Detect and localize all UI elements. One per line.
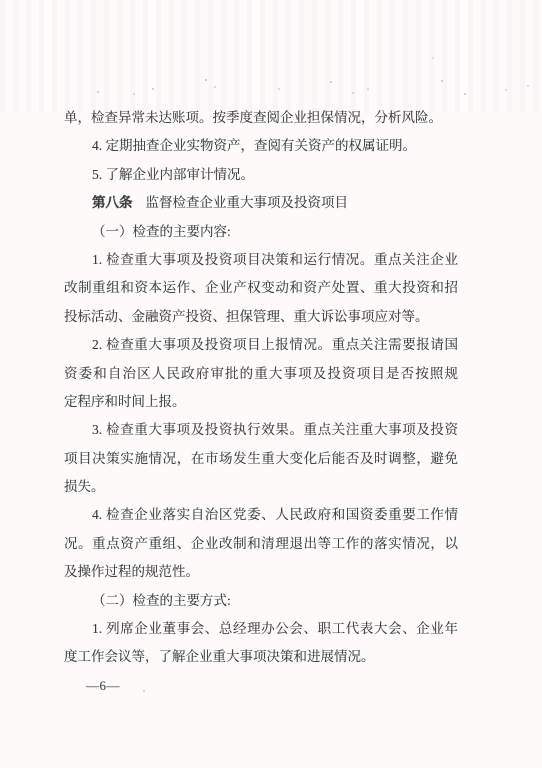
line-text: （一）检查的主要内容: [92,224,231,239]
line-text: 1. 列席企业董事会、总经理办公会、职工代表大会、企业年 [92,621,458,636]
text-line: 2. 检查重大事项及投资项目上报情况。重点关注需要报请国 [64,331,458,359]
line-text: 资委和自治区人民政府审批的重大事项及投资项目是否按照规 [64,366,458,381]
line-text: 3. 检查重大事项及投资执行效果。重点关注重大事项及投资 [92,422,458,437]
text-line: 况。重点资产重组、企业改制和清理退出等工作的落实情况，以 [64,530,458,558]
line-text: 度工作会议等，了解企业重大事项决策和进展情况。 [64,649,375,664]
text-line: 投标活动、金融资产投资、担保管理、重大诉讼事项应对等。 [64,303,458,331]
scanned-document-page: 单，检查异常未达账项。按季度查阅企业担保情况，分析风险。4. 定期抽查企业实物资… [0,0,542,768]
scan-artifact-banding [0,0,542,112]
line-text: 况。重点资产重组、企业改制和清理退出等工作的落实情况，以 [64,536,458,551]
line-text: 2. 检查重大事项及投资项目上报情况。重点关注需要报请国 [92,337,458,352]
line-text: 4. 定期抽查企业实物资产，查阅有关资产的权属证明。 [92,138,416,153]
text-line: （二）检查的主要方式: [64,587,458,615]
text-line: 改制重组和资本运作、企业产权变动和资产处置、重大投资和招 [64,274,458,302]
text-line: 3. 检查重大事项及投资执行效果。重点关注重大事项及投资 [64,416,458,444]
line-text: 4. 检查企业落实自治区党委、人民政府和国资委重要工作情 [92,507,458,522]
text-line: 及操作过程的规范性。 [64,558,458,586]
text-line: 资委和自治区人民政府审批的重大事项及投资项目是否按照规 [64,360,458,388]
line-text: 单，检查异常未达账项。按季度查阅企业担保情况，分析风险。 [64,110,442,125]
text-line: 度工作会议等，了解企业重大事项决策和进展情况。 [64,643,458,671]
line-text: 项目决策实施情况，在市场发生重大变化后能否及时调整，避免 [64,451,458,466]
line-text: 投标活动、金融资产投资、担保管理、重大诉讼事项应对等。 [64,309,429,324]
text-line: 1. 检查重大事项及投资项目决策和运行情况。重点关注企业 [64,246,458,274]
text-line: 4. 检查企业落实自治区党委、人民政府和国资委重要工作情 [64,501,458,529]
line-text: 监督检查企业重大事项及投资项目 [146,195,349,210]
line-text: 损失。 [64,479,105,494]
text-line: 单，检查异常未达账项。按季度查阅企业担保情况，分析风险。 [64,104,458,132]
line-text: 定程序和时间上报。 [64,394,186,409]
text-line: 定程序和时间上报。 [64,388,458,416]
line-text: 1. 检查重大事项及投资项目决策和运行情况。重点关注企业 [92,252,458,267]
page-number: —6— [86,678,120,694]
text-line: 4. 定期抽查企业实物资产，查阅有关资产的权属证明。 [64,132,458,160]
line-text: （二）检查的主要方式: [92,593,231,608]
scan-noise-speckles [0,0,2,2]
line-text: 5. 了解企业内部审计情况。 [92,167,254,182]
text-line: 5. 了解企业内部审计情况。 [64,161,458,189]
text-line: 项目决策实施情况，在市场发生重大变化后能否及时调整，避免 [64,445,458,473]
text-line: 损失。 [64,473,458,501]
line-text: 改制重组和资本运作、企业产权变动和资产处置、重大投资和招 [64,280,458,295]
clause-number: 第八条 [92,195,133,210]
text-line: 第八条监督检查企业重大事项及投资项目 [64,189,458,217]
document-body: 单，检查异常未达账项。按季度查阅企业担保情况，分析风险。4. 定期抽查企业实物资… [64,104,458,672]
text-line: （一）检查的主要内容: [64,218,458,246]
text-line: 1. 列席企业董事会、总经理办公会、职工代表大会、企业年 [64,615,458,643]
line-text: 及操作过程的规范性。 [64,564,199,579]
